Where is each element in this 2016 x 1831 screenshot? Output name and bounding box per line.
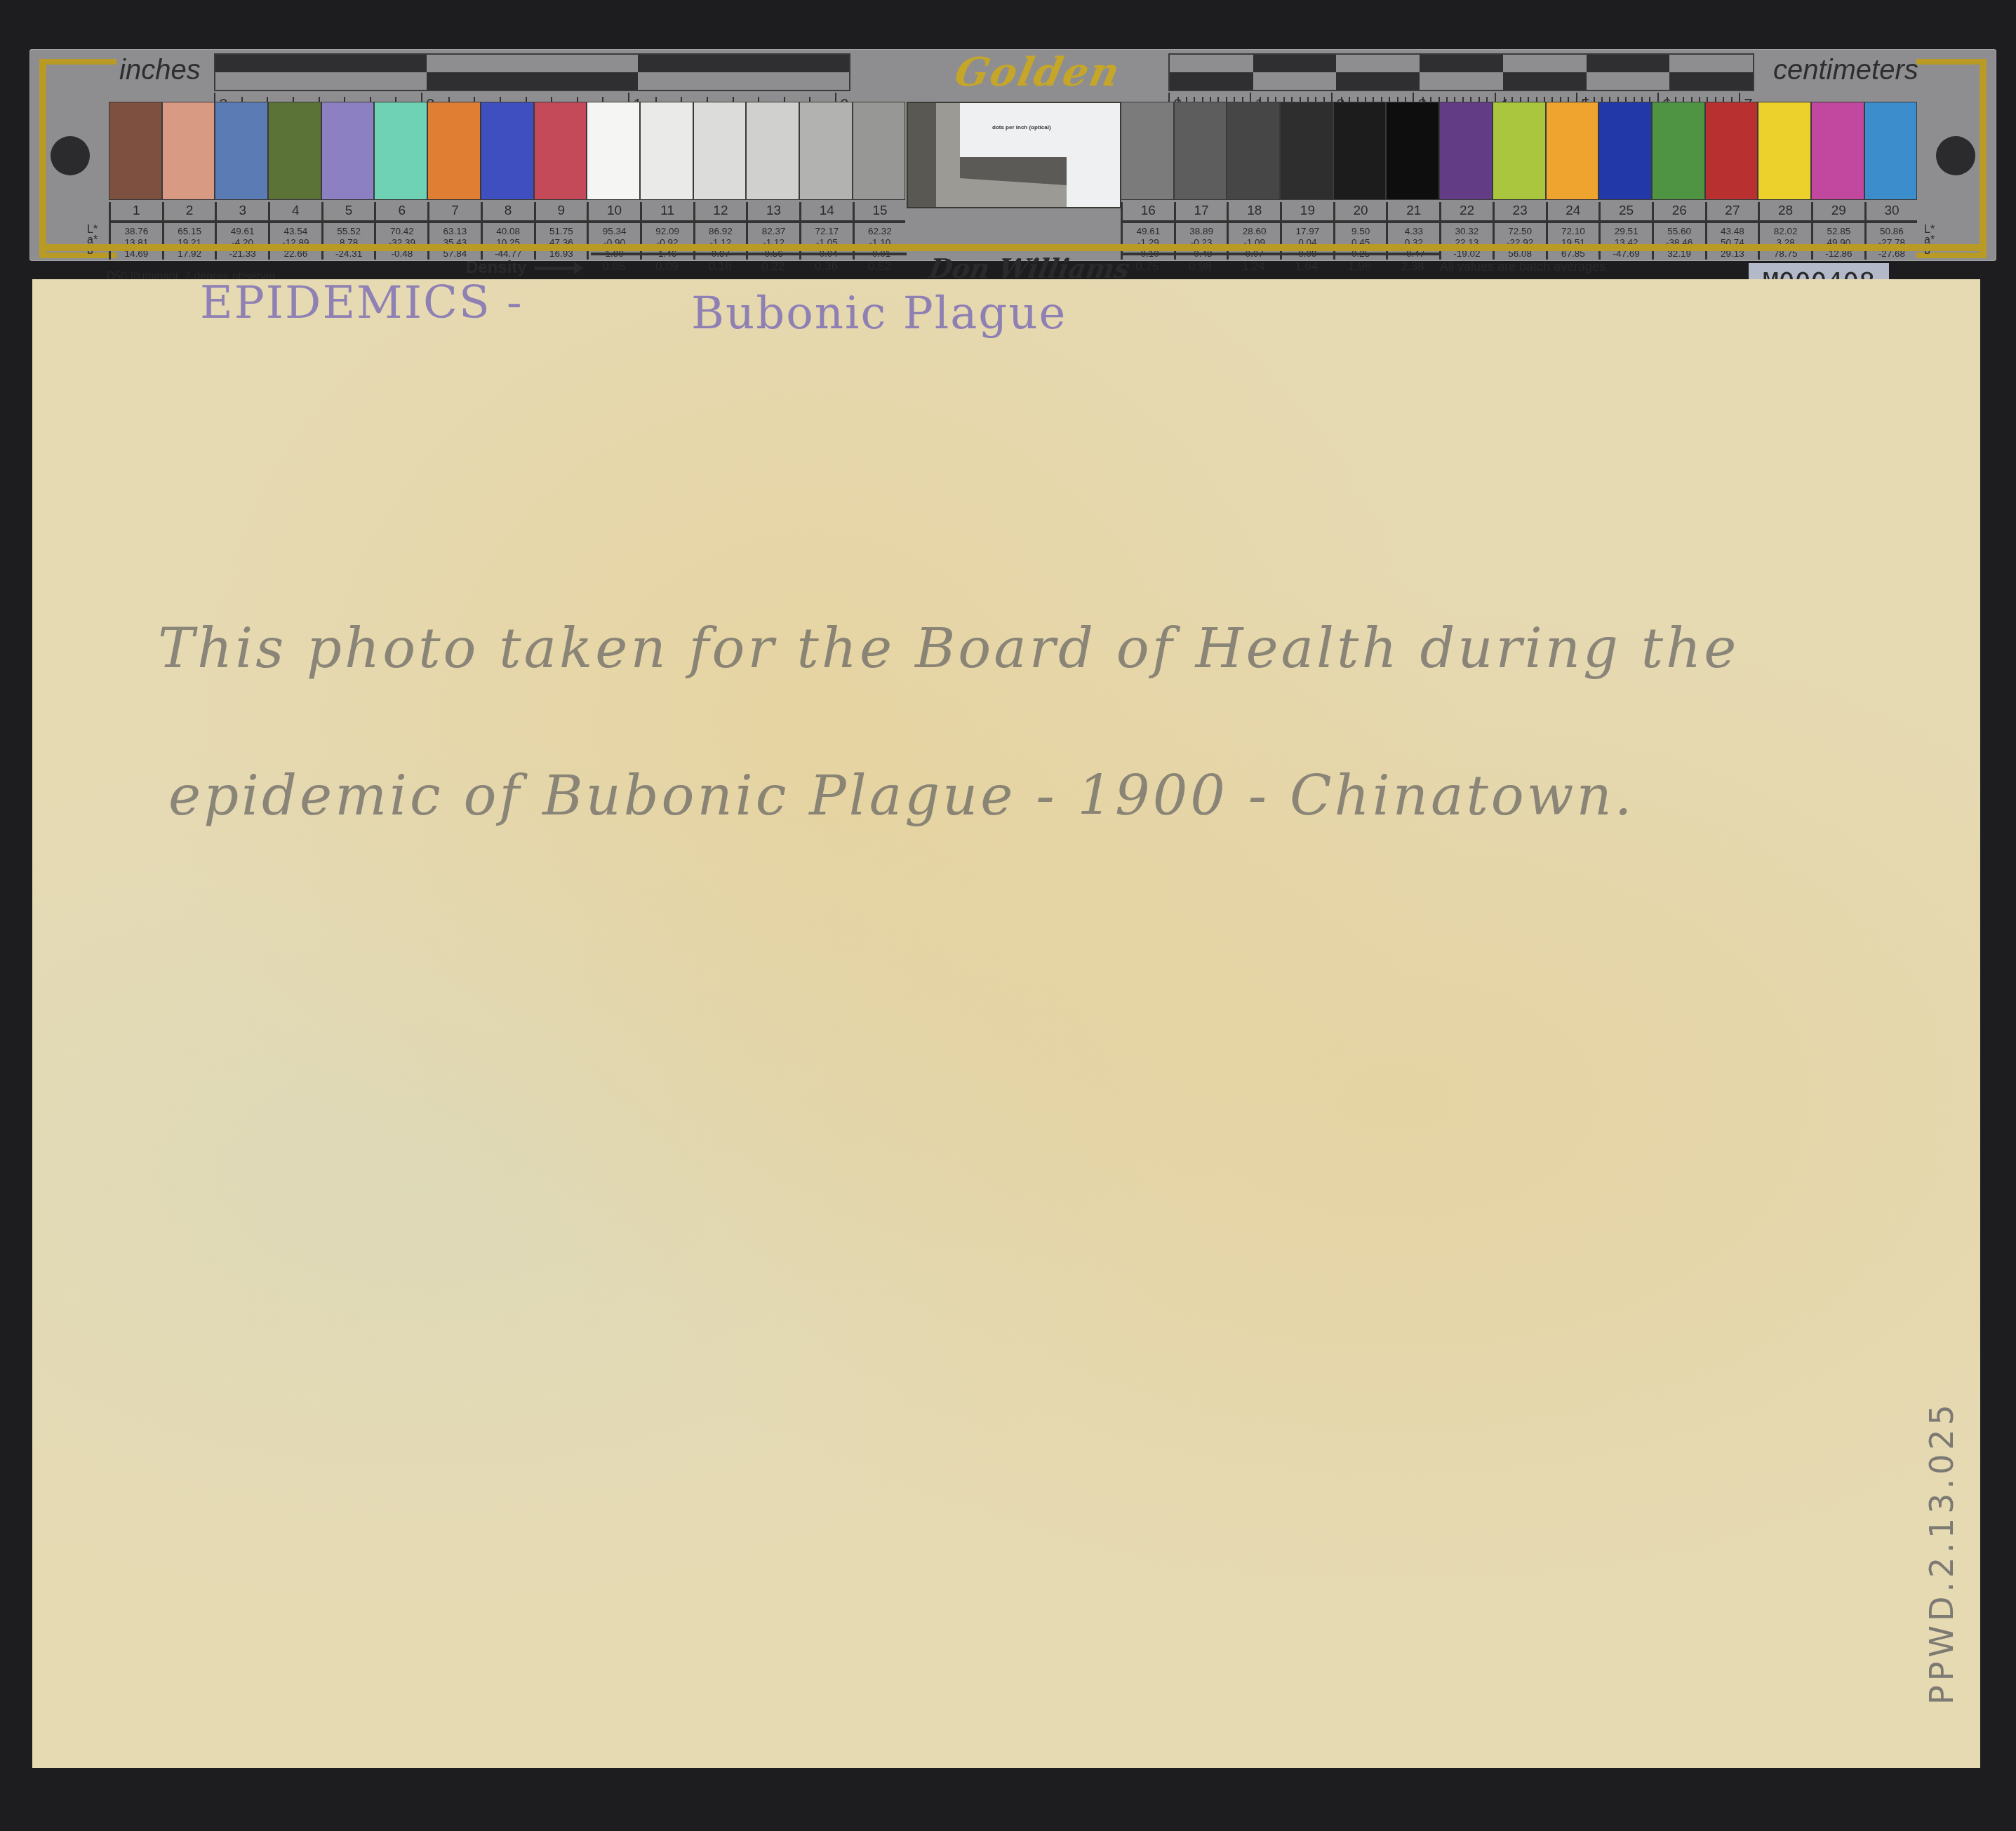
patch-number: 12 bbox=[695, 202, 747, 223]
color-patch bbox=[1333, 102, 1387, 200]
patch-lab-values: 51.7547.3616.93 bbox=[536, 223, 587, 260]
stamp-subject: Bubonic Plague bbox=[691, 288, 1067, 340]
mount-hole-right bbox=[1936, 136, 1975, 175]
color-patch bbox=[799, 102, 853, 200]
color-patch bbox=[1705, 102, 1758, 200]
patch-lab-values: 72.1019.5167.85 bbox=[1548, 223, 1599, 260]
color-patch bbox=[1174, 102, 1227, 200]
patch-lab-values: 72.50-22.9256.08 bbox=[1495, 223, 1546, 260]
color-patch bbox=[853, 102, 906, 200]
batch-note: All values are batch averages bbox=[1440, 260, 1606, 274]
patch-lab-values: 50.86-27.78-27.68 bbox=[1867, 223, 1918, 260]
density-value: 0.36 bbox=[800, 260, 853, 274]
density-rule-right bbox=[1121, 253, 1440, 255]
color-patch bbox=[1227, 102, 1280, 200]
patch-lab-values: 70.42-32.39-0.48 bbox=[376, 223, 427, 260]
color-patch bbox=[1864, 102, 1918, 200]
patch-lab-values: 30.3222.13-19.02 bbox=[1441, 223, 1493, 260]
photo-back-paper bbox=[32, 279, 1980, 1768]
density-rule-left bbox=[591, 253, 907, 255]
color-patch bbox=[1439, 102, 1493, 200]
patch-number: 1 bbox=[111, 202, 162, 223]
patch-lab-values: 65.1519.2117.92 bbox=[164, 223, 215, 260]
patch-number: 20 bbox=[1335, 202, 1387, 223]
color-patch bbox=[640, 102, 693, 200]
density-value: 1.64 bbox=[1280, 260, 1333, 274]
color-patch bbox=[109, 102, 162, 200]
density-value: 0.16 bbox=[693, 260, 747, 274]
patch-number: 23 bbox=[1495, 202, 1546, 223]
color-patch bbox=[1811, 102, 1864, 200]
patch-number: 11 bbox=[642, 202, 693, 223]
patch-number: 22 bbox=[1441, 202, 1493, 223]
patch-number: 10 bbox=[589, 202, 640, 223]
resolution-caption-horizontal: dots per inch (optical) bbox=[992, 124, 1051, 130]
resolution-target: dots per inch (optical) bbox=[907, 102, 1121, 208]
patch-number: 3 bbox=[217, 202, 268, 223]
color-patch bbox=[693, 102, 747, 200]
color-patch bbox=[746, 102, 799, 200]
patch-number: 30 bbox=[1867, 202, 1918, 223]
patch-number: 17 bbox=[1176, 202, 1227, 223]
color-patch bbox=[374, 102, 427, 200]
color-patch bbox=[162, 102, 215, 200]
patch-number: 19 bbox=[1282, 202, 1333, 223]
color-patch bbox=[1386, 102, 1439, 200]
density-value: 2.38 bbox=[1386, 260, 1439, 274]
patch-number: 27 bbox=[1707, 202, 1758, 223]
color-patches-left bbox=[109, 102, 905, 200]
patch-number: 29 bbox=[1813, 202, 1864, 223]
patch-number: 6 bbox=[376, 202, 427, 223]
density-value: 0.05 bbox=[587, 260, 641, 274]
patch-number: 9 bbox=[536, 202, 587, 223]
density-value: 0.09 bbox=[641, 260, 694, 274]
patch-lab-values: 38.7613.8114.69 bbox=[111, 223, 162, 260]
patch-number: 4 bbox=[270, 202, 321, 223]
color-patch bbox=[268, 102, 321, 200]
lab-axis-right: L*a*b* bbox=[1924, 224, 1935, 256]
color-patch bbox=[1280, 102, 1333, 200]
patch-number: 28 bbox=[1760, 202, 1811, 223]
patch-number: 7 bbox=[429, 202, 481, 223]
patch-lab-values: 40.0810.25-44.77 bbox=[483, 223, 534, 260]
density-value: 1.24 bbox=[1227, 260, 1280, 274]
patch-lab-values: 49.61-4.20-21.33 bbox=[217, 223, 268, 260]
color-patch bbox=[1121, 102, 1174, 200]
color-patch bbox=[1652, 102, 1705, 200]
patch-lab-values: 52.8549.90-12.86 bbox=[1813, 223, 1864, 260]
mount-hole-left bbox=[51, 136, 90, 175]
color-patch bbox=[321, 102, 375, 200]
color-patch bbox=[1758, 102, 1811, 200]
inches-label: inches bbox=[119, 55, 201, 86]
patch-number: 26 bbox=[1654, 202, 1705, 223]
color-patch bbox=[534, 102, 587, 200]
patch-lab-values: 43.54-12.8922.66 bbox=[270, 223, 321, 260]
lab-axis-left: L*a*b* bbox=[87, 224, 98, 256]
patch-number: 25 bbox=[1601, 202, 1652, 223]
catalog-number: PPWD.2.13.025 bbox=[1923, 1400, 1961, 1705]
patch-number: 18 bbox=[1229, 202, 1280, 223]
handwritten-note-line-1: This photo taken for the Board of Health… bbox=[158, 617, 1740, 680]
patch-lab-values: 82.023.2878.75 bbox=[1760, 223, 1811, 260]
color-patch bbox=[587, 102, 640, 200]
color-patch bbox=[1493, 102, 1546, 200]
density-value: 0.52 bbox=[853, 260, 906, 274]
stamp-category: EPIDEMICS - bbox=[200, 277, 523, 329]
color-patches-right bbox=[1121, 102, 1917, 200]
density-value: 0.98 bbox=[1174, 260, 1227, 274]
density-values-left: 0.050.090.160.220.360.52 bbox=[587, 260, 906, 274]
color-patch bbox=[481, 102, 534, 200]
color-patch bbox=[427, 102, 481, 200]
density-value: 0.22 bbox=[747, 260, 800, 274]
patch-lab-values: 55.60-38.4632.19 bbox=[1654, 223, 1705, 260]
patch-lab-values: 29.5113.42-47.69 bbox=[1601, 223, 1652, 260]
patch-number: 5 bbox=[323, 202, 375, 223]
color-patch bbox=[215, 102, 268, 200]
patch-number: 13 bbox=[748, 202, 799, 223]
patch-number: 15 bbox=[855, 202, 906, 223]
patch-number: 21 bbox=[1388, 202, 1439, 223]
color-calibration-target: inches centimeters 3210 Golden Thread 01… bbox=[29, 49, 1996, 261]
gold-bracket-bottom bbox=[39, 244, 1987, 251]
patch-number: 16 bbox=[1123, 202, 1174, 223]
patch-lab-values: 55.528.78-24.31 bbox=[323, 223, 375, 260]
handwritten-note-line-2: epidemic of Bubonic Plague - 1900 - Chin… bbox=[168, 765, 1635, 828]
patch-number: 24 bbox=[1548, 202, 1599, 223]
density-label: Density bbox=[466, 258, 527, 278]
color-patch bbox=[1546, 102, 1599, 200]
patch-lab-values: 63.1335.4357.84 bbox=[429, 223, 481, 260]
color-patch bbox=[1598, 102, 1652, 200]
patch-number: 2 bbox=[164, 202, 215, 223]
density-value: 1.96 bbox=[1333, 260, 1387, 274]
patch-number: 8 bbox=[483, 202, 534, 223]
arrow-right-icon bbox=[535, 267, 577, 270]
density-values-right: 0.750.981.241.641.962.38 bbox=[1121, 260, 1439, 274]
patch-lab-values: 43.4850.7429.13 bbox=[1707, 223, 1758, 260]
patch-number: 14 bbox=[801, 202, 853, 223]
centimeters-label: centimeters bbox=[1773, 55, 1918, 86]
